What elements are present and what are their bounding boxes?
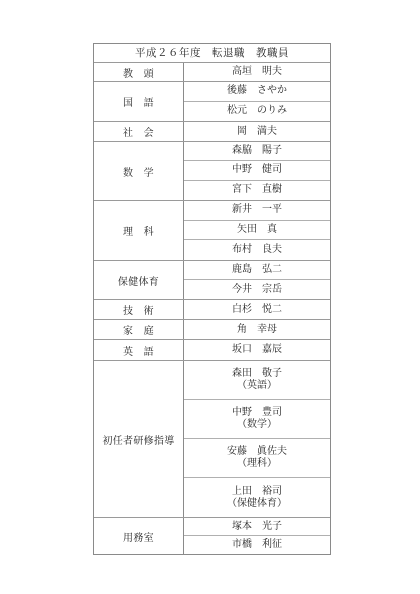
staff-list: 塚本 光子市橋 利征 (184, 518, 330, 554)
staff-cell: 白杉 悦二 (184, 300, 330, 319)
subject-label: 教 頭 (94, 63, 184, 81)
staff-name: 今井 宗岳 (232, 284, 282, 296)
subject-label: 保健体育 (94, 261, 184, 299)
staff-cell: 塚本 光子 (184, 518, 330, 536)
subject-label: 数 学 (94, 142, 184, 200)
staff-cell: 矢田 真 (184, 221, 330, 241)
staff-cell: 松元 のりみ (184, 102, 330, 122)
staff-cell: 中野 豊司（数学） (184, 400, 330, 439)
subject-label: 理 科 (94, 201, 184, 260)
table-title: 平成２６年度 転退職 教職員 (94, 44, 330, 63)
subject-group: 数 学森脇 陽子中野 健司宮下 直樹 (94, 142, 330, 201)
staff-name: 中野 豊司 (232, 407, 282, 419)
staff-list: 岡 満夫 (184, 122, 330, 141)
staff-cell: 森田 敬子（英語） (184, 361, 330, 400)
subject-label: 初任者研修指導 (94, 361, 184, 517)
subject-group: 保健体育鹿島 弘二今井 宗岳 (94, 261, 330, 300)
staff-subject-note: （数学） (237, 419, 277, 431)
staff-name: 松元 のりみ (227, 105, 287, 117)
staff-cell: 鹿島 弘二 (184, 261, 330, 280)
staff-cell: 布村 良夫 (184, 240, 330, 260)
subject-group: 家 庭角 幸母 (94, 320, 330, 340)
staff-cell: 新井 一平 (184, 201, 330, 221)
subject-group: 英 語坂口 嘉辰 (94, 340, 330, 361)
staff-cell: 市橋 利征 (184, 536, 330, 554)
subject-label: 用務室 (94, 518, 184, 554)
staff-name: 森脇 陽子 (232, 145, 282, 157)
staff-list: 白杉 悦二 (184, 300, 330, 319)
subject-group: 教 頭高垣 明夫 (94, 63, 330, 82)
staff-list: 鹿島 弘二今井 宗岳 (184, 261, 330, 299)
staff-cell: 宮下 直樹 (184, 181, 330, 200)
staff-subject-note: （理科） (237, 458, 277, 470)
staff-list: 坂口 嘉辰 (184, 340, 330, 360)
staff-name: 後藤 さやか (227, 85, 287, 97)
subject-group: 社 会岡 満夫 (94, 122, 330, 142)
subject-group: 初任者研修指導森田 敬子（英語）中野 豊司（数学）安藤 眞佐夫（理科）上田 裕司… (94, 361, 330, 518)
subject-group: 技 術白杉 悦二 (94, 300, 330, 320)
staff-name: 坂口 嘉辰 (232, 344, 282, 356)
staff-name: 森田 敬子 (232, 368, 282, 380)
staff-name: 中野 健司 (232, 164, 282, 176)
staff-name: 上田 裕司 (232, 486, 282, 498)
staff-list: 後藤 さやか松元 のりみ (184, 82, 330, 121)
staff-cell: 上田 裕司（保健体育） (184, 478, 330, 517)
staff-cell: 後藤 さやか (184, 82, 330, 102)
staff-transfer-table: 平成２６年度 転退職 教職員 教 頭高垣 明夫国 語後藤 さやか松元 のりみ社 … (93, 43, 331, 555)
subject-label: 英 語 (94, 340, 184, 360)
staff-cell: 岡 満夫 (184, 122, 330, 141)
staff-name: 高垣 明夫 (232, 66, 282, 78)
staff-name: 矢田 真 (237, 224, 277, 236)
staff-subject-note: （英語） (237, 380, 277, 392)
staff-list: 森田 敬子（英語）中野 豊司（数学）安藤 眞佐夫（理科）上田 裕司（保健体育） (184, 361, 330, 517)
staff-list: 新井 一平矢田 真布村 良夫 (184, 201, 330, 260)
staff-name: 市橋 利征 (232, 539, 282, 551)
staff-cell: 中野 健司 (184, 161, 330, 180)
staff-cell: 森脇 陽子 (184, 142, 330, 161)
staff-name: 布村 良夫 (232, 244, 282, 256)
subject-group: 国 語後藤 さやか松元 のりみ (94, 82, 330, 122)
staff-list: 角 幸母 (184, 320, 330, 339)
staff-subject-note: （保健体育） (227, 498, 287, 510)
subject-label: 社 会 (94, 122, 184, 141)
staff-name: 岡 満夫 (237, 126, 277, 138)
staff-name: 角 幸母 (237, 324, 277, 336)
staff-name: 新井 一平 (232, 204, 282, 216)
subject-group: 理 科新井 一平矢田 真布村 良夫 (94, 201, 330, 261)
subject-label: 技 術 (94, 300, 184, 319)
staff-name: 安藤 眞佐夫 (227, 446, 287, 458)
staff-cell: 今井 宗岳 (184, 280, 330, 299)
staff-name: 白杉 悦二 (232, 304, 282, 316)
table-body: 教 頭高垣 明夫国 語後藤 さやか松元 のりみ社 会岡 満夫数 学森脇 陽子中野… (94, 63, 330, 554)
staff-name: 宮下 直樹 (232, 184, 282, 196)
subject-group: 用務室塚本 光子市橋 利征 (94, 518, 330, 554)
staff-list: 森脇 陽子中野 健司宮下 直樹 (184, 142, 330, 200)
subject-label: 国 語 (94, 82, 184, 121)
subject-label: 家 庭 (94, 320, 184, 339)
staff-list: 高垣 明夫 (184, 63, 330, 81)
staff-cell: 角 幸母 (184, 320, 330, 339)
staff-cell: 坂口 嘉辰 (184, 340, 330, 360)
staff-cell: 安藤 眞佐夫（理科） (184, 439, 330, 478)
staff-name: 塚本 光子 (232, 521, 282, 533)
staff-cell: 高垣 明夫 (184, 63, 330, 81)
staff-name: 鹿島 弘二 (232, 264, 282, 276)
